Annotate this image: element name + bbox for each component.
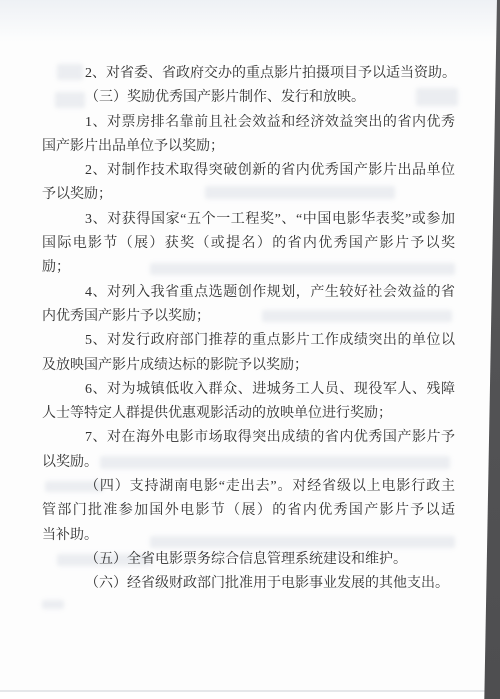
text-line: 国际电影节（展）获奖（或提名）的省内优秀国产影片予以奖 [42,232,455,256]
text-line: （六）经省级财政部门批准用于电影事业发展的其他支出。 [42,572,455,596]
scan-top-tint [0,0,500,42]
text-line: 6、对为城镇低收入群众、进城务工人员、现役军人、残障 [42,378,455,402]
text-line: 管部门批准参加国外电影节（展）的省内优秀国产影片予以适 [42,499,455,523]
text-line: 2、对省委、省政府交办的重点影片拍摄项目予以适当资助。 [42,62,455,86]
text-line: 及放映国产影片成绩达标的影院予以奖励； [42,354,455,378]
bleed-through-artifact [42,600,64,609]
text-line: （五）全省电影票务综合信息管理系统建设和维护。 [42,548,455,572]
text-line: 励； [42,256,455,280]
text-line: 1、对票房排名靠前且社会效益和经济效益突出的省内优秀 [42,111,455,135]
text-line: 以奖励。 [42,451,455,475]
text-line: 当补助。 [42,524,455,548]
text-line: 4、对列入我省重点选题创作规划，产生较好社会效益的省 [42,281,455,305]
text-line: （三）奖励优秀国产影片制作、发行和放映。 [42,86,455,110]
text-line: 7、对在海外电影市场取得突出成绩的省内优秀国产影片予 [42,426,455,450]
text-line: （四）支持湖南电影“走出去”。对经省级以上电影行政主 [42,475,455,499]
text-line: 内优秀国产影片予以奖励； [42,305,455,329]
text-line: 3、对获得国家“五个一工程奖”、“中国电影华表奖”或参加 [42,208,455,232]
scan-right-edge [484,0,500,699]
text-line: 予以奖励； [42,183,455,207]
document-body: 2、对省委、省政府交办的重点影片拍摄项目予以适当资助。（三）奖励优秀国产影片制作… [42,62,455,597]
text-line: 5、对发行政府部门推荐的重点影片工作成绩突出的单位以 [42,329,455,353]
scan-bottom-margin [0,692,486,699]
text-line: 人士等特定人群提供优惠观影活动的放映单位进行奖励； [42,402,455,426]
scanned-document-page: 2、对省委、省政府交办的重点影片拍摄项目予以适当资助。（三）奖励优秀国产影片制作… [0,0,500,699]
text-line: 国产影片出品单位予以奖励； [42,135,455,159]
text-line: 2、对制作技术取得突破创新的省内优秀国产影片出品单位 [42,159,455,183]
